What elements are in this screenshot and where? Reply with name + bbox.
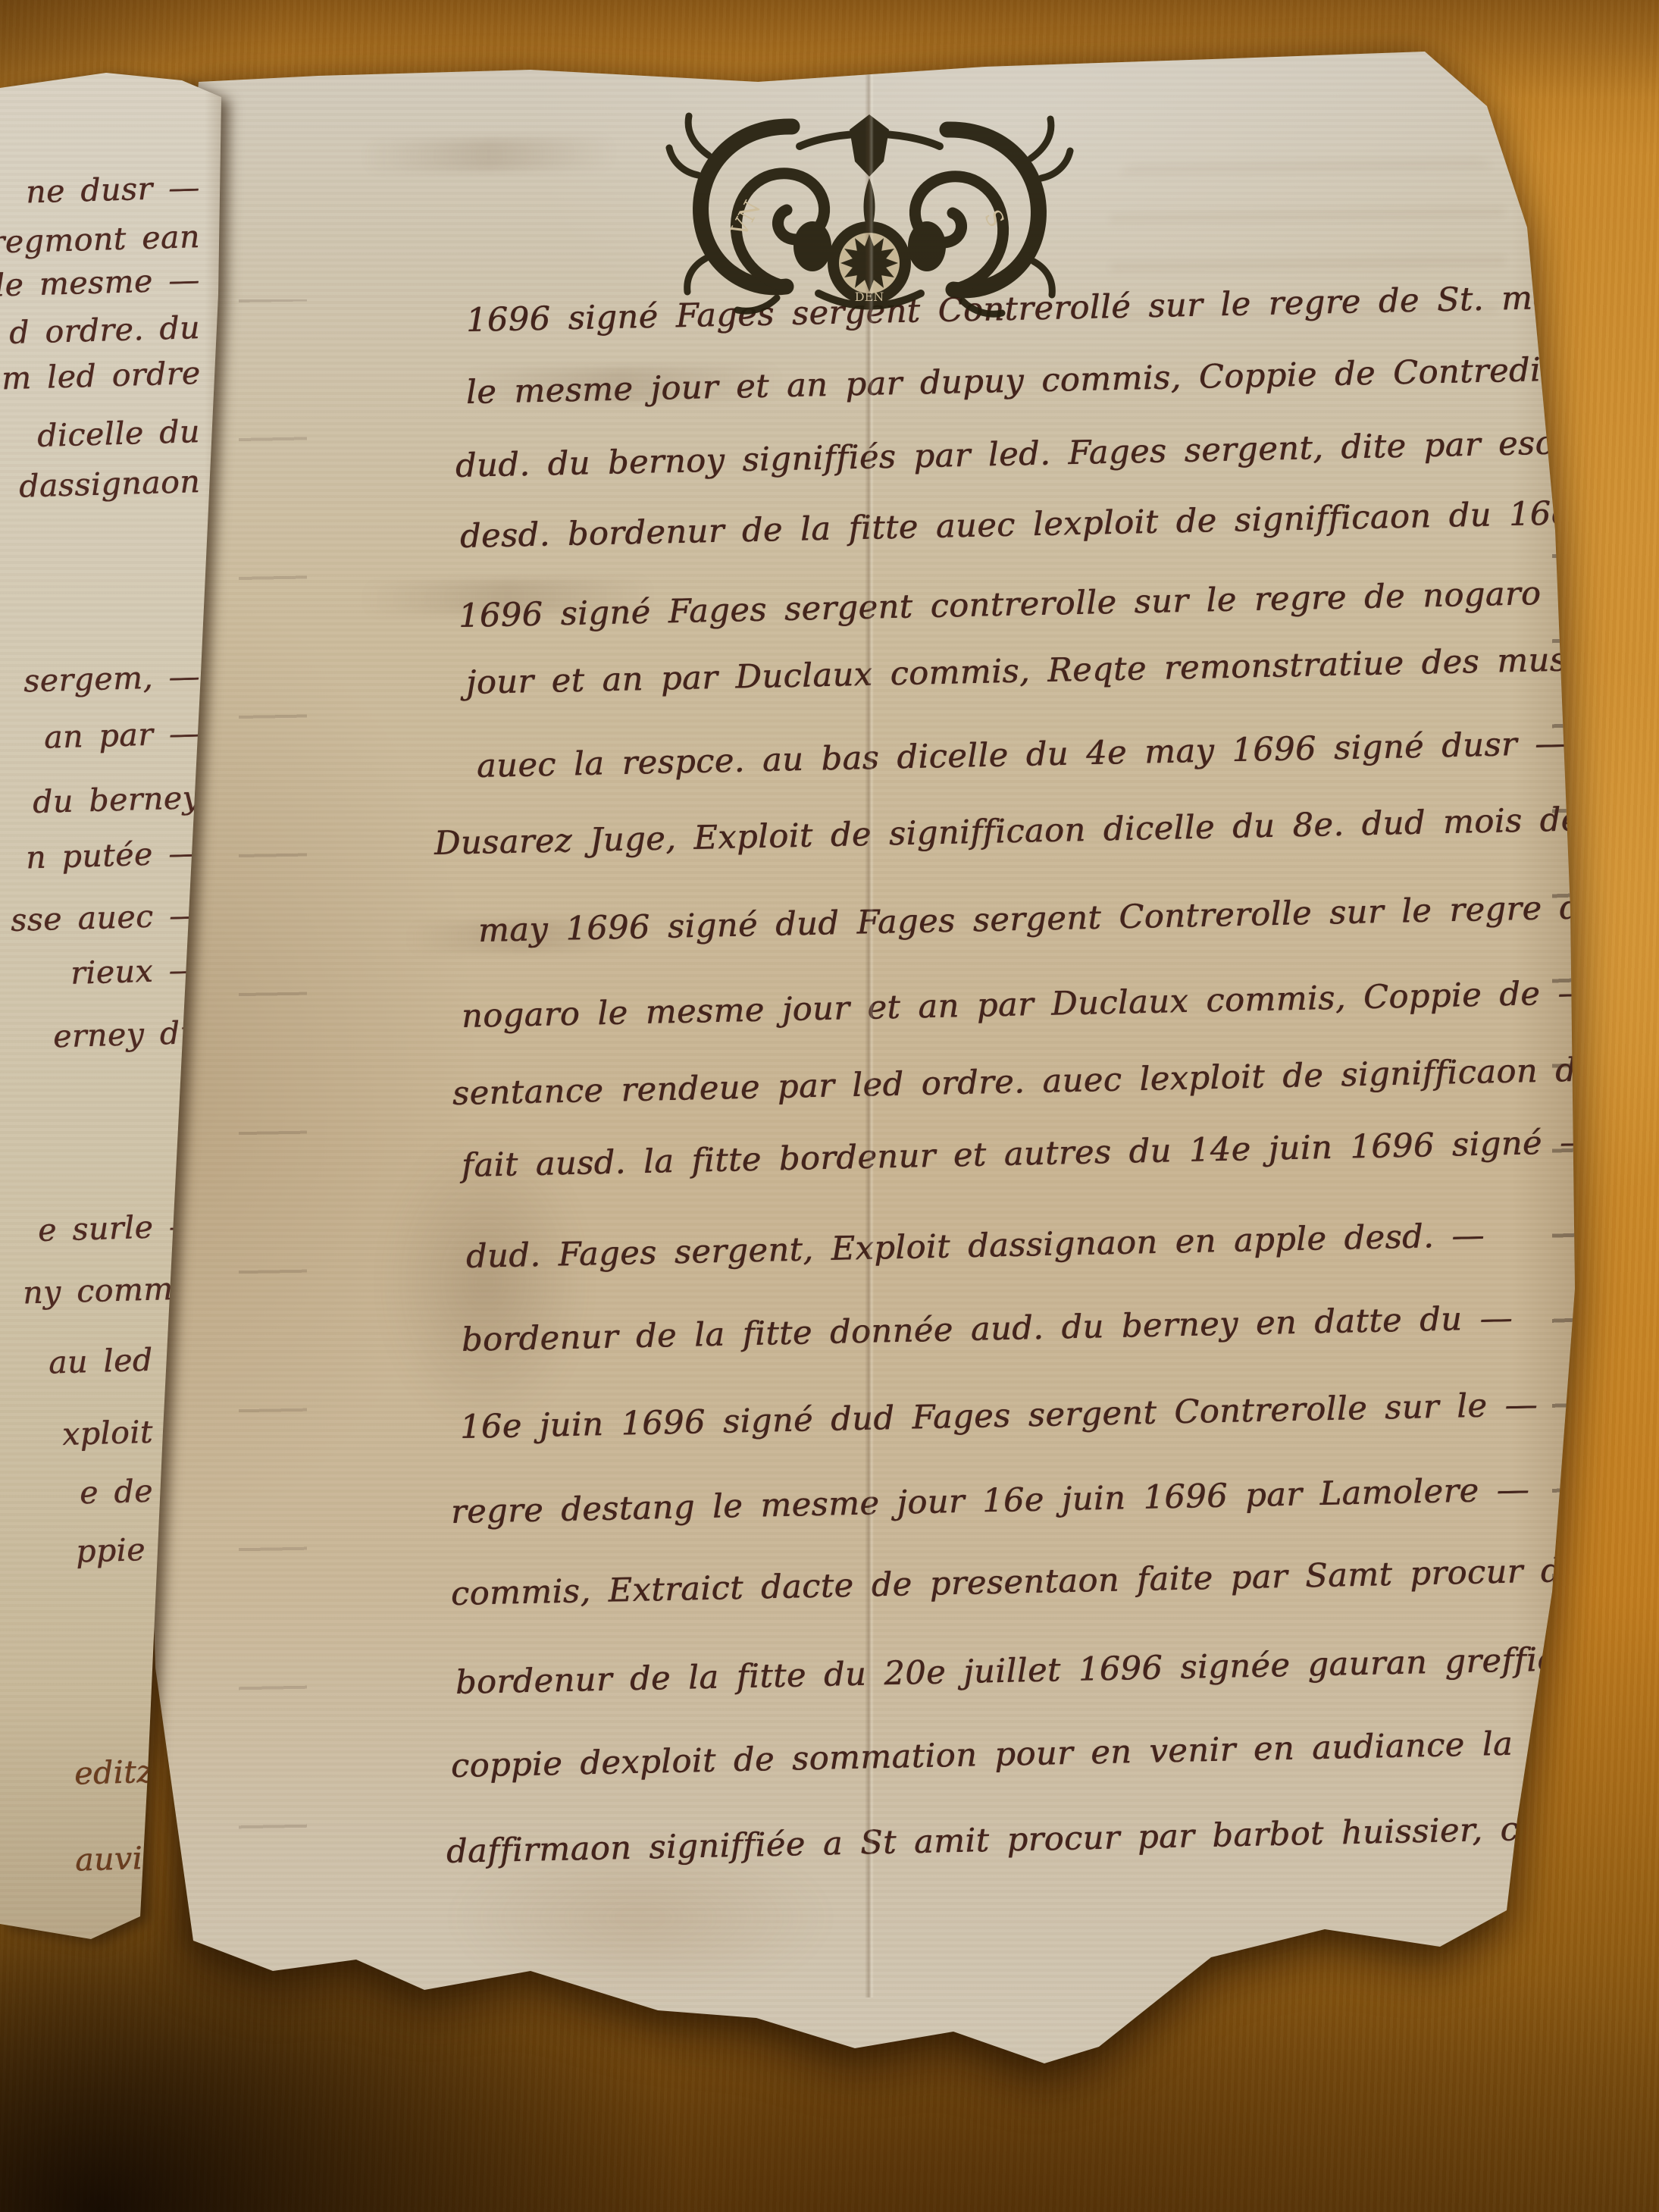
- manuscript-line: auec la respce. au bas dicelle du 4e may…: [477, 726, 1569, 785]
- manuscript-line-fragment: xploit —: [62, 1414, 201, 1452]
- manuscript-line: daffirmaon signiffiée a St amit procur p…: [446, 1809, 1659, 1870]
- manuscript-line-fragment: auvil —: [75, 1840, 201, 1878]
- manuscript-line-fragment: m led ordre: [1, 356, 201, 396]
- manuscript-line-fragment: du berney: [32, 781, 200, 819]
- manuscript-line-fragment: sse auec —: [10, 898, 201, 938]
- manuscript-line-fragment: n putée —: [26, 836, 201, 875]
- manuscript-line: commis, Extraict dacte de presentaon fai…: [451, 1551, 1659, 1612]
- left-page-fragment: ne dusr —deregmont eanro le mesme —d ord…: [0, 67, 227, 1977]
- show-through-stain: [360, 136, 618, 173]
- manuscript-line: Dusarez Juge, Exploit de signifficaon di…: [434, 801, 1632, 862]
- manuscript-line-fragment: au led —: [49, 1342, 201, 1380]
- manuscript-line-fragment: ro le mesme —: [0, 263, 201, 304]
- margin-dash-marks: [239, 299, 307, 1891]
- manuscript-line: sentance rendeue par led ordre. auec lex…: [452, 1050, 1659, 1112]
- manuscript-line: nogaro le mesme jour et an par Duclaux c…: [462, 976, 1592, 1035]
- manuscript-line: coppie dexploit de sommation pour en ven…: [451, 1723, 1659, 1784]
- manuscript-line-fragment: ny commis: [23, 1271, 201, 1311]
- manuscript-line-fragment: dassignaon: [18, 465, 200, 504]
- manuscript-line-fragment: ne dusr —: [26, 171, 201, 209]
- main-page: VN S DEN 1696 signé Fages sergent Contre…: [133, 49, 1584, 2073]
- manuscript-line: dud. Fages sergent, Exploit dassignaon e…: [466, 1218, 1485, 1275]
- manuscript-line-fragment: ppie de: [76, 1531, 201, 1569]
- manuscript-photo: VN S DEN 1696 signé Fages sergent Contre…: [0, 0, 1659, 2212]
- manuscript-line: may 1696 signé dud Fages sergent Contrer…: [478, 889, 1651, 950]
- manuscript-line-fragment: d ordre. du: [9, 311, 201, 350]
- manuscript-line-fragment: editz —: [74, 1753, 200, 1791]
- manuscript-line-fragment: dicelle du: [37, 415, 201, 453]
- manuscript-line: fait ausd. la fitte bordenur et autres d…: [462, 1125, 1593, 1185]
- manuscript-line-fragment: e surle —: [37, 1209, 200, 1248]
- manuscript-line: regre destang le mesme jour 16e juin 169…: [451, 1472, 1530, 1531]
- manuscript-line: bordenur de la fitte donnée aud. du bern…: [462, 1301, 1513, 1358]
- manuscript-line: bordenur de la fitte du 20e juillet 1696…: [455, 1641, 1624, 1702]
- left-page-text-block: ne dusr —deregmont eanro le mesme —d ord…: [0, 67, 227, 1977]
- left-page-shadow-wrap: ne dusr —deregmont eanro le mesme —d ord…: [0, 67, 227, 1977]
- manuscript-line-fragment: rieux —: [70, 953, 200, 991]
- manuscript-line-fragment: e de —: [80, 1473, 201, 1511]
- manuscript-line: le mesme jour et an par dupuy commis, Co…: [466, 351, 1623, 411]
- stamp-left-oval: [794, 221, 831, 271]
- manuscript-line-fragment: deregmont ean: [0, 220, 201, 261]
- manuscript-line: jour et an par Duclaux commis, Reqte rem…: [466, 640, 1659, 701]
- manuscript-line-fragment: sergem, —: [23, 660, 201, 699]
- manuscript-line-fragment: an par —: [43, 716, 200, 755]
- main-page-shadow-wrap: VN S DEN 1696 signé Fages sergent Contre…: [133, 49, 1584, 2073]
- manuscript-line-fragment: erney du: [52, 1016, 201, 1054]
- manuscript-line: dud. du bernoy signiffiés par led. Fages…: [455, 424, 1659, 485]
- fold-crease: [865, 72, 874, 1997]
- stamp-right-oval: [908, 221, 946, 271]
- manuscript-line: desd. bordenur de la fitte auec lexploit…: [460, 493, 1659, 555]
- manuscript-line: 16e juin 1696 signé dud Fages sergent Co…: [460, 1387, 1538, 1446]
